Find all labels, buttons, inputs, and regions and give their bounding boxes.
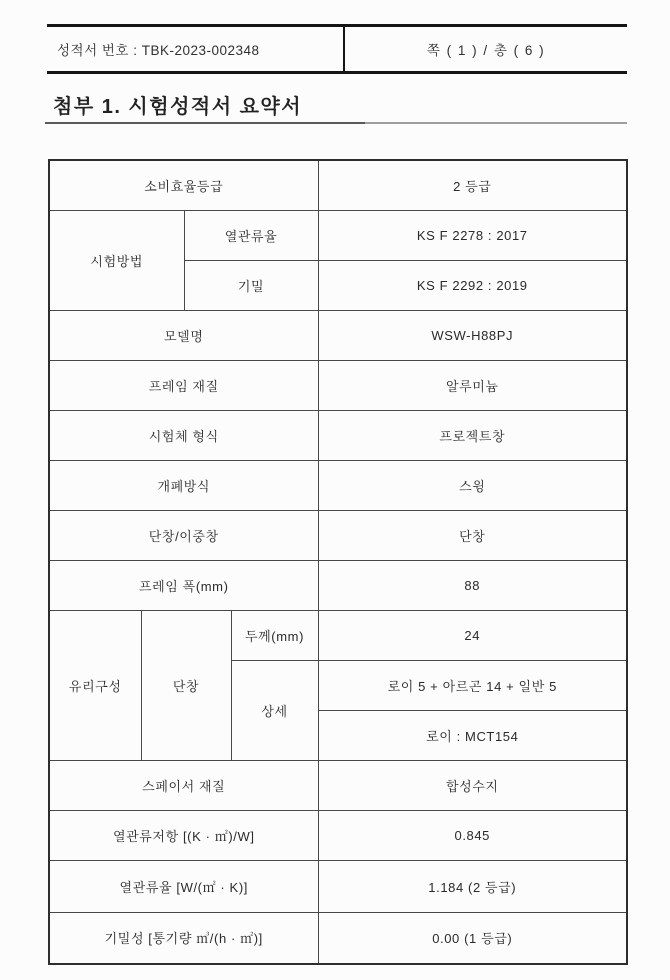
row-test-method-thermal: 시험방법 열관류율 KS F 2278 : 2017	[49, 210, 627, 260]
row-opening-type: 개폐방식 스윙	[49, 460, 627, 510]
specimen-type-value: 프로젝트창	[318, 410, 627, 460]
row-spacer: 스페이서 재질 합성수지	[49, 760, 627, 810]
specimen-type-label: 시험체 형식	[49, 410, 318, 460]
airtightness-value: 0.00 (1 등급)	[318, 912, 627, 964]
glazing-composition-value: 로이 5 + 아르곤 14 + 일반 5	[318, 660, 627, 710]
airtightness-label: 기밀성 [통기량 ㎥/(h · ㎡)]	[49, 912, 318, 964]
row-thermal-transmittance: 열관류율 [W/(㎡ · K)] 1.184 (2 등급)	[49, 860, 627, 912]
spacer-label: 스페이서 재질	[49, 760, 318, 810]
row-glazing-thickness: 유리구성 단창 두께(mm) 24	[49, 610, 627, 660]
spacer-value: 합성수지	[318, 760, 627, 810]
glazing-thickness-value: 24	[318, 610, 627, 660]
test-summary-table: 소비효율등급 2 등급 시험방법 열관류율 KS F 2278 : 2017 기…	[48, 159, 628, 965]
frame-material-label: 프레임 재질	[49, 360, 318, 410]
row-frame-width: 프레임 폭(mm) 88	[49, 560, 627, 610]
thermal-transmittance-value: 1.184 (2 등급)	[318, 860, 627, 912]
row-model: 모델명 WSW-H88PJ	[49, 310, 627, 360]
row-consumption-grade: 소비효율등급 2 등급	[49, 160, 627, 210]
row-single-double: 단창/이중창 단창	[49, 510, 627, 560]
report-header-box: 성적서 번호 : TBK-2023-002348 쪽 ( 1 ) / 총 ( 6…	[47, 24, 627, 74]
glazing-coating-value: 로이 : MCT154	[318, 710, 627, 760]
thermal-resistance-value: 0.845	[318, 810, 627, 860]
test-method-airtight-value: KS F 2292 : 2019	[318, 260, 627, 310]
single-double-label: 단창/이중창	[49, 510, 318, 560]
row-thermal-resistance: 열관류저항 [(K · ㎡)/W] 0.845	[49, 810, 627, 860]
glazing-label: 유리구성	[49, 610, 141, 760]
consumption-grade-label: 소비효율등급	[49, 160, 318, 210]
test-method-airtight-label: 기밀	[184, 260, 318, 310]
single-double-value: 단창	[318, 510, 627, 560]
opening-type-label: 개폐방식	[49, 460, 318, 510]
page-title: 첨부 1. 시험성적서 요약서	[53, 90, 302, 119]
frame-width-value: 88	[318, 560, 627, 610]
model-value: WSW-H88PJ	[318, 310, 627, 360]
test-method-label: 시험방법	[49, 210, 184, 310]
frame-material-value: 알루미늄	[318, 360, 627, 410]
scanned-test-report-page: 성적서 번호 : TBK-2023-002348 쪽 ( 1 ) / 총 ( 6…	[0, 0, 670, 980]
test-method-thermal-label: 열관류율	[184, 210, 318, 260]
row-frame-material: 프레임 재질 알루미늄	[49, 360, 627, 410]
glazing-thickness-label: 두께(mm)	[231, 610, 318, 660]
report-number: 성적서 번호 : TBK-2023-002348	[47, 27, 345, 71]
thermal-resistance-label: 열관류저항 [(K · ㎡)/W]	[49, 810, 318, 860]
opening-type-value: 스윙	[318, 460, 627, 510]
row-airtightness: 기밀성 [통기량 ㎥/(h · ㎡)] 0.00 (1 등급)	[49, 912, 627, 964]
glazing-sub-label: 단창	[141, 610, 231, 760]
consumption-grade-value: 2 등급	[318, 160, 627, 210]
row-specimen-type: 시험체 형식 프로젝트창	[49, 410, 627, 460]
model-label: 모델명	[49, 310, 318, 360]
title-underline	[45, 122, 627, 124]
glazing-detail-label: 상세	[231, 660, 318, 760]
page-indicator: 쪽 ( 1 ) / 총 ( 6 )	[345, 27, 627, 71]
test-method-thermal-value: KS F 2278 : 2017	[318, 210, 627, 260]
frame-width-label: 프레임 폭(mm)	[49, 560, 318, 610]
thermal-transmittance-label: 열관류율 [W/(㎡ · K)]	[49, 860, 318, 912]
